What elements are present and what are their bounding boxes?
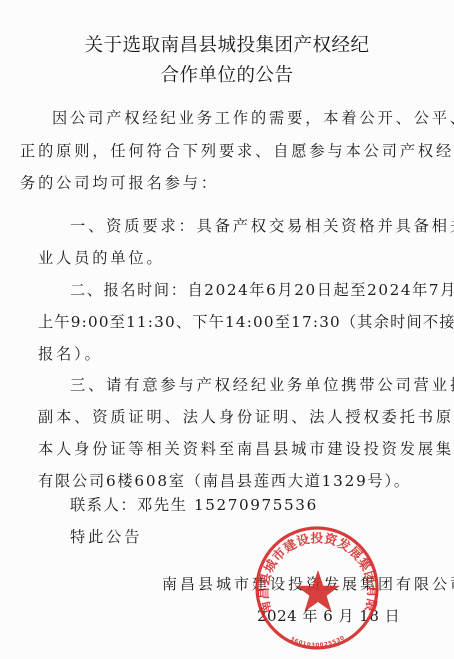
section2-line-1: 二、报名时间：自2024年6月20日起至2024年7月5日: [70, 279, 454, 300]
section1-line-2: 业人员的单位。: [38, 247, 165, 268]
section2-line-2: 上午9:00至11:30、下午14:00至17:30（其余时间不接受: [38, 311, 454, 332]
section1-line-1: 一、资质要求：具备产权交易相关资格并具备相关从: [70, 215, 454, 236]
stamp-text: 南昌县城市建设投资发展集团有限公司: [250, 520, 380, 616]
svg-text:南昌县城市建设投资发展集团有限公司: 南昌县城市建设投资发展集团有限公司: [250, 520, 380, 616]
section3-line-4: 有限公司6楼608室（南昌县莲西大道1329号）。: [38, 470, 411, 491]
stamp-code: 3601030025530: [289, 635, 346, 649]
document-page: 关于选取南昌县城投集团产权经纪 合作单位的公告 因公司产权经纪业务工作的需要，本…: [0, 0, 454, 659]
document-title-line-2: 合作单位的公告: [0, 61, 454, 87]
section3-line-2: 副本、资质证明、法人身份证明、法人授权委托书原件及: [38, 406, 454, 427]
section2-line-3: 报名）。: [38, 343, 103, 364]
signature-date: 2024 年 6 月 18 日: [257, 605, 400, 626]
document-title-line-1: 关于选取南昌县城投集团产权经纪: [0, 31, 454, 57]
svg-text:3601030025530: 3601030025530: [289, 635, 346, 649]
signature-organization: 南昌县城市建设投资发展集团有限公司: [162, 573, 454, 594]
intro-line-3: 务的公司均可报名参与：: [20, 172, 219, 193]
intro-line-2: 正的原则，任何符合下列要求、自愿参与本公司产权经纪业: [20, 140, 454, 161]
contact-line: 联系人：邓先生 15270975536: [70, 494, 318, 515]
closing-line: 特此公告: [70, 526, 142, 547]
section3-line-3: 本人身份证等相关资料至南昌县城市建设投资发展集团: [38, 438, 454, 459]
section3-line-1: 三、请有意参与产权经纪业务单位携带公司营业执照: [70, 374, 454, 395]
intro-line-1: 因公司产权经纪业务工作的需要，本着公开、公平、公: [52, 107, 454, 128]
